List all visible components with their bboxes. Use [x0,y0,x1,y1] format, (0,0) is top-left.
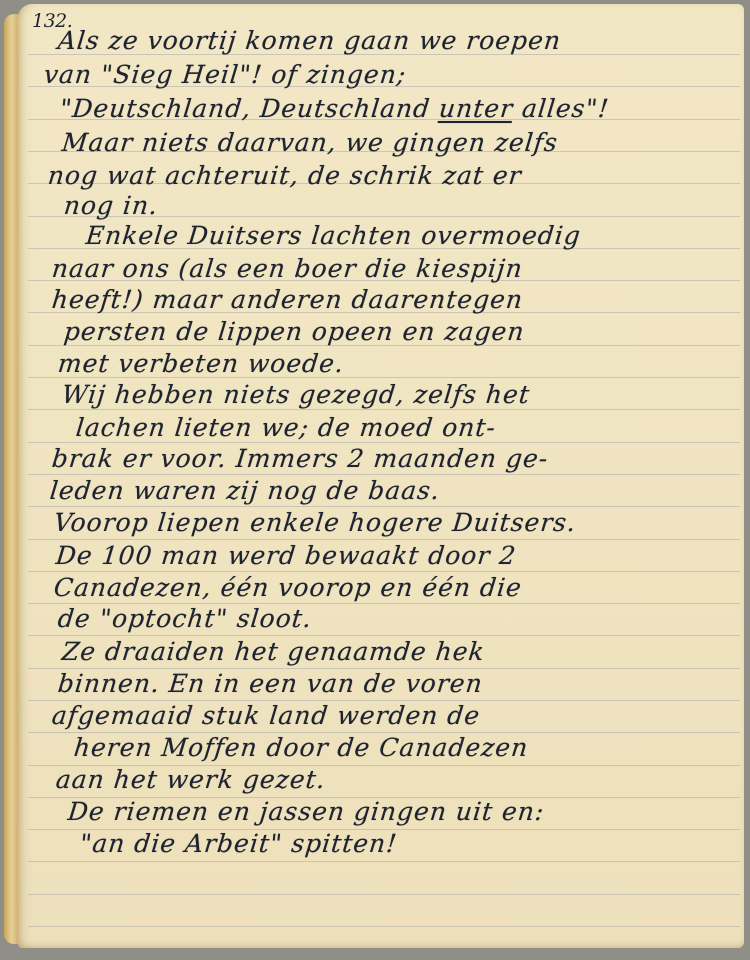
text-line-7: Enkele Duitsers lachten overmoedig [84,221,582,250]
notebook-page: 132. Als ze voortij komen gaan we roepen… [18,4,744,948]
text-line-24: aan het werk gezet. [54,765,327,794]
text-line-20: Ze draaiden het genaamde hek [60,637,486,666]
text-line-8: naar ons (als een boer die kiespijn [50,254,524,283]
text-line-19: de "optocht" sloot. [56,604,313,633]
text-line-1: Als ze voortij komen gaan we roepen [56,26,562,55]
text-line-22: afgemaaid stuk land werden de [50,701,481,730]
text-line-14: brak er voor. Immers 2 maanden ge- [50,444,549,473]
text-line-9: heeft!) maar anderen daarentegen [50,285,524,314]
text-line-16: Voorop liepen enkele hogere Duitsers. [52,508,577,537]
underlined-word-unter: unter [438,94,515,123]
text-line-6: nog in. [62,191,159,220]
scanned-diary-page: 132. Als ze voortij komen gaan we roepen… [0,0,750,960]
text-line-3-a: "Deutschland, Deutschland [58,94,440,123]
text-line-3-b: alles"! [512,94,611,123]
text-line-11: met verbeten woede. [56,349,345,378]
text-line-21: binnen. En in een van de voren [56,669,484,698]
text-line-10: persten de lippen opeen en zagen [62,317,526,346]
text-line-25: De riemen en jassen gingen uit en: [66,797,545,826]
text-line-23: heren Moffen door de Canadezen [72,733,529,762]
text-line-17: De 100 man werd bewaakt door 2 [54,541,517,570]
text-line-3: "Deutschland, Deutschland unter alles"! [58,94,610,123]
text-line-26: "an die Arbeit" spitten! [78,829,398,858]
handwritten-text: Als ze voortij komen gaan we roepen van … [18,4,744,948]
text-line-4: Maar niets daarvan, we gingen zelfs [60,128,559,157]
text-line-12: Wij hebben niets gezegd, zelfs het [60,380,531,409]
text-line-5: nog wat achteruit, de schrik zat er [46,161,523,190]
text-line-18: Canadezen, één voorop en één die [52,573,523,602]
text-line-13: lachen lieten we; de moed ont- [74,413,497,442]
text-line-2: van "Sieg Heil"! of zingen; [42,60,407,89]
text-line-15: leden waren zij nog de baas. [48,476,441,505]
